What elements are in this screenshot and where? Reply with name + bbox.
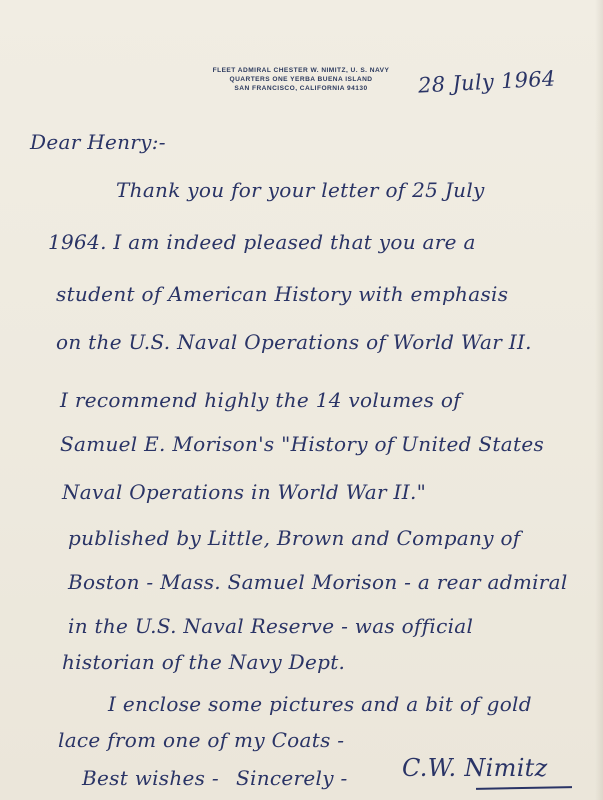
closing-sincerely: Sincerely -	[236, 766, 348, 790]
body-line-11: historian of the Navy Dept.	[62, 650, 345, 674]
signature: C.W. Nimitz	[402, 754, 548, 782]
body-line-7: Naval Operations in World War II."	[62, 480, 426, 504]
body-line-3: student of American History with emphasi…	[56, 282, 508, 306]
body-line-4: on the U.S. Naval Operations of World Wa…	[56, 330, 532, 354]
signature-underline	[476, 786, 572, 789]
body-line-8: published by Little, Brown and Company o…	[68, 526, 521, 550]
letterhead: FLEET ADMIRAL CHESTER W. NIMITZ, U. S. N…	[196, 66, 406, 93]
body-line-13: lace from one of my Coats -	[58, 728, 344, 752]
letterhead-address: QUARTERS ONE YERBA BUENA ISLAND	[196, 75, 406, 84]
body-line-6: Samuel E. Morison's "History of United S…	[60, 432, 544, 456]
body-line-9: Boston - Mass. Samuel Morison - a rear a…	[68, 570, 568, 594]
body-line-12: I enclose some pictures and a bit of gol…	[108, 692, 532, 716]
body-line-10: in the U.S. Naval Reserve - was official	[68, 614, 473, 638]
body-line-1: Thank you for your letter of 25 July	[116, 178, 485, 202]
letterhead-name: FLEET ADMIRAL CHESTER W. NIMITZ, U. S. N…	[196, 66, 406, 75]
paper-edge-shadow	[595, 0, 603, 800]
body-line-5: I recommend highly the 14 volumes of	[60, 388, 461, 412]
salutation: Dear Henry:-	[30, 130, 166, 154]
body-line-2: 1964. I am indeed pleased that you are a	[48, 230, 476, 254]
closing-best-wishes: Best wishes -	[82, 766, 219, 790]
letter-date: 28 July 1964	[417, 66, 556, 97]
letter-paper: FLEET ADMIRAL CHESTER W. NIMITZ, U. S. N…	[0, 0, 603, 800]
letterhead-city: SAN FRANCISCO, CALIFORNIA 94130	[196, 84, 406, 93]
